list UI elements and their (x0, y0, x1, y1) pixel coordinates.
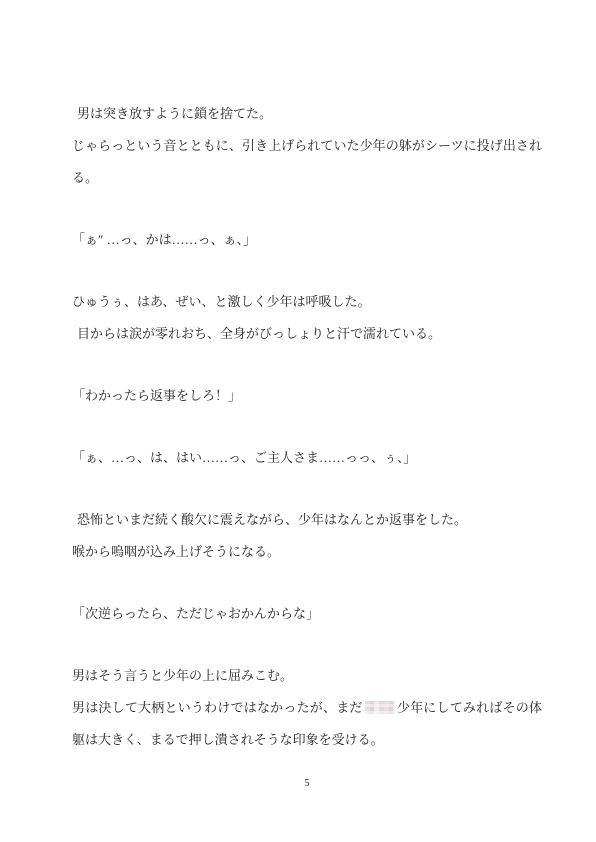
paragraph: 男はそう言うと少年の上に屈みこむ。 (72, 660, 542, 692)
paragraph-dialogue: 「ぁ、…っ、は、はい……っ、ご主人さま……っっ、ぅ、」 (72, 442, 542, 474)
paragraph: じゃらっという音とともに、引き上げられていた少年の躰がシーツに投げ出される。 (72, 130, 542, 194)
paragraph-dialogue: 「次逆らったら、ただじゃおかんからな」 (72, 598, 542, 630)
censor-mosaic (365, 701, 395, 714)
paragraph: 恐怖といまだ続く酸欠に震えながら、少年はなんとか返事をした。 (72, 504, 542, 536)
page-number: 5 (72, 778, 542, 790)
paragraph-dialogue: 「ぁ″ …っ、かは……っ、ぁ、」 (72, 224, 542, 256)
paragraph: ひゅうぅ、はあ、ぜい、と激しく少年は呼吸した。 (72, 286, 542, 318)
paragraph-dialogue: 「わかったら返事をしろ！」 (72, 380, 542, 412)
paragraph: 目からは涙が零れおち、全身がびっしょりと汗で濡れている。 (72, 318, 542, 350)
paragraph-censored: 男は決して大柄というわけではなかったが、まだ少年にしてみればその体躯は大きく、ま… (72, 692, 542, 756)
document-page: 男は突き放すように鎖を捨てた。 じゃらっという音とともに、引き上げられていた少年… (0, 0, 596, 842)
paragraph: 喉から嗚咽が込み上げそうになる。 (72, 536, 542, 568)
paragraph: 男は突き放すように鎖を捨てた。 (72, 98, 542, 130)
paragraph-text-before-censor: 男は決して大柄というわけではなかったが、まだ (72, 700, 363, 715)
